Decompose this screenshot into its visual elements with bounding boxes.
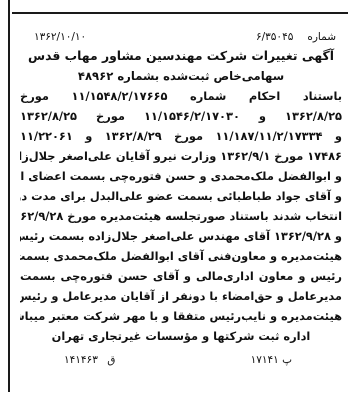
reference-number: پ ۱۷۱۴۱ (251, 350, 292, 370)
notice-number-value: ۶/۳۵۰۴۵ (256, 31, 293, 43)
legal-notice: شماره۶/۳۵۰۴۵ ۱۳۶۲/۱۰/۱۰ آگهی تغییرات شرک… (20, 28, 342, 370)
body-line: رئیس و معاون اداری‌مالی و آقای حسن فتوره… (20, 266, 342, 286)
body-line: ۱۳۶۲/۸/۲۵ و ۱۱/۱۵۴۶/۲/۱۷۰۳۰ مورخ ۱۳۶۲/۸/… (20, 106, 342, 126)
left-column-rule (8, 0, 10, 392)
notice-number: شماره۶/۳۵۰۴۵ (256, 28, 336, 46)
body-line: و ابوالفضل ملک‌محمدی و حسن فتوره‌چی بسمت… (20, 166, 342, 186)
body-line: و آقای جواد طباطبائی بسمت عضو علی‌البدل … (20, 186, 342, 206)
body-line: و ۱۳۶۲/۹/۲۸ آقای مهندس علی‌اصغر جلال‌زاد… (20, 226, 342, 246)
reference-code: ق ۱۴۱۴۶۳ (64, 350, 115, 370)
top-divider-rule (12, 12, 348, 14)
notice-number-label: شماره (307, 31, 336, 43)
reference-number-prefix: پ (282, 354, 292, 366)
notice-header: شماره۶/۳۵۰۴۵ ۱۳۶۲/۱۰/۱۰ (20, 28, 342, 46)
body-line: مدیرعامل و حق‌امضاء با دونفر از آقایان م… (20, 286, 342, 306)
body-line: باستناد احکام شماره ۱۱/۱۵۴۸/۲/۱۷۶۶۵ مورخ (20, 86, 342, 106)
body-line: ۱۷۴۸۶ مورخ ۱۳۶۲/۹/۱ وزارت نیرو آقایان عل… (20, 146, 342, 166)
notice-subtitle: سهامی‌خاص ثبت‌شده بشماره ۴۸۹۶۲ (20, 66, 342, 86)
reference-row: پ ۱۷۱۴۱ ق ۱۴۱۴۶۳ (20, 350, 342, 370)
body-line: و ۱۱/۱۸۷/۱۱/۲/۱۷۳۳۴ مورخ ۱۳۶۲/۸/۲۹ و ۱۱/… (20, 126, 342, 146)
body-line: هیئت‌مدیره و معاون‌فنی آقای ابوالفضل ملک… (20, 246, 342, 266)
notice-title: آگهی تغییرات شرکت مهندسین مشاور مهاب قدس (20, 46, 342, 66)
body-line: انتخاب شدند باستناد صورتجلسه هیئت‌مدیره … (20, 206, 342, 226)
notice-date: ۱۳۶۲/۱۰/۱۰ (34, 28, 86, 46)
reference-number-value: ۱۷۱۴۱ (251, 354, 279, 366)
reference-code-value: ۱۴۱۴۶۳ (64, 354, 98, 366)
issuing-office-signature: اداره ثبت شرکتها و مؤسسات غیرتجاری تهران (20, 326, 342, 346)
body-line: هیئت‌مدیره و نایب‌رئیس متفقا و با مهر شر… (20, 306, 342, 326)
reference-code-prefix: ق (107, 354, 115, 366)
